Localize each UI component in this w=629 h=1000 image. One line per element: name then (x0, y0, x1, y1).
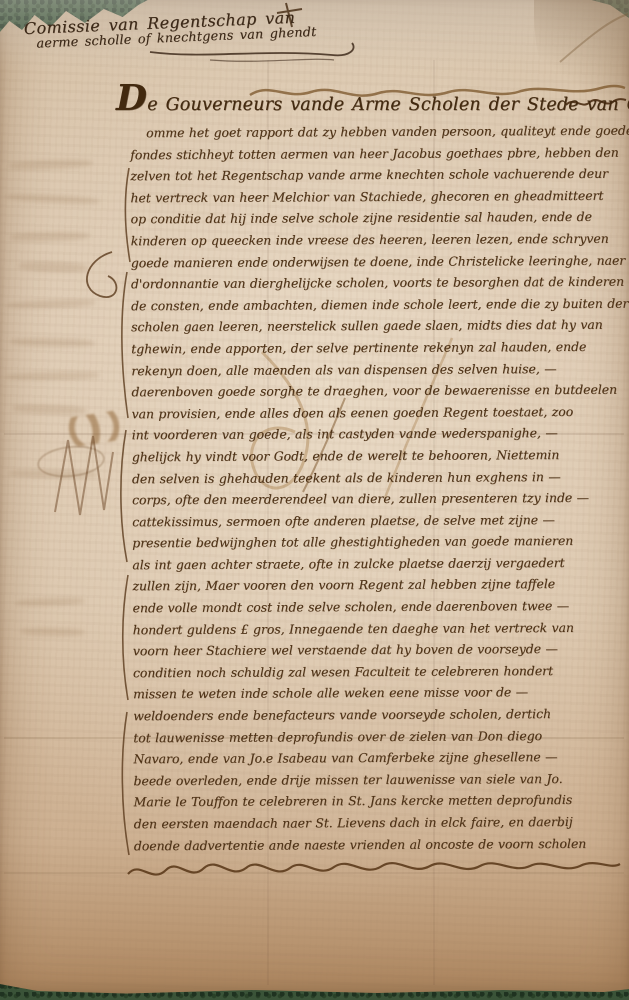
manuscript-line: beede overleden, ende drije missen ter l… (133, 768, 625, 792)
manuscript-line: kinderen op queecken inde vreese des hee… (131, 228, 623, 252)
manuscript-line: d'ordonnantie van dierghelijcke scholen,… (131, 271, 623, 295)
manuscript-line: Navaro, ende van Jo.e Isabeau van Camfer… (133, 746, 625, 770)
manuscript-line: omme het goet rapport dat zy hebben vand… (130, 120, 622, 144)
annotation-underline-flourish (210, 59, 334, 61)
scan-background: Comissie van Regentschap van aerme schol… (0, 0, 629, 1000)
manuscript-line: als int gaen achter straete, ofte in zul… (132, 552, 624, 576)
manuscript-line: de consten, ende ambachten, diemen inde … (131, 292, 623, 316)
margin-bracket-stroke (121, 430, 127, 562)
document-heading: De Gouverneurs vande Arme Scholen der St… (116, 86, 621, 115)
manuscript-line: scholen gaen leeren, neerstelick sullen … (131, 314, 623, 338)
manuscript-line: int voorderen van goede, als int castyde… (132, 422, 624, 446)
margin-bracket-stroke (122, 712, 129, 855)
manuscript-line: weldoenders ende benefacteurs vande voor… (133, 703, 625, 727)
manuscript-body: omme het goet rapport dat zy hebben vand… (130, 120, 626, 857)
manuscript-line: ende volle mondt cost inde selve scholen… (133, 595, 625, 619)
corner-fold-line (560, 14, 628, 62)
margin-zigzag-mark (55, 436, 113, 515)
manuscript-line: voorn heer Stachiere wel verstaende dat … (133, 638, 625, 662)
initial-swash (87, 252, 116, 297)
manuscript-line: goede manieren ende onderwijsen te doene… (131, 249, 623, 273)
manuscript-line: fondes stichheyt totten aermen van heer … (130, 141, 622, 165)
manuscript-line: op conditie dat hij inde selve schole zi… (131, 206, 623, 230)
manuscript-line: zullen zijn, Maer vooren den voorn Regen… (132, 573, 624, 597)
manuscript-line: presentie bedwijnghen tot alle ghestight… (132, 530, 624, 554)
manuscript-line: hondert guldens £ gros, Innegaende ten d… (133, 616, 625, 640)
manuscript-line: doende dadvertentie ande naeste vrienden… (134, 832, 626, 856)
manuscript-line: Marie le Touffon te celebreren in St. Ja… (134, 789, 626, 813)
closing-squiggle (128, 863, 620, 874)
manuscript-line: van provisien, ende alles doen als eenen… (132, 400, 624, 424)
margin-bracket-stroke (122, 272, 128, 418)
manuscript-line: den eersten maendach naer St. Lievens da… (134, 811, 626, 835)
manuscript-line: rekenyn doen, alle maenden als van dispe… (131, 357, 623, 381)
manuscript-line: missen te weten inde schole alle weken e… (133, 681, 625, 705)
manuscript-line: daerenboven goede sorghe te draeghen, vo… (131, 379, 623, 403)
manuscript-line: corps, ofte den meerderendeel van diere,… (132, 487, 624, 511)
margin-bracket-stroke (123, 575, 128, 700)
manuscript-line: ghelijck hy vindt voor Godt, ende de wer… (132, 444, 624, 468)
manuscript-line: den selven is ghehauden teekent als de k… (132, 465, 624, 489)
manuscript-line: tot lauwenisse metten deprofundis over d… (133, 724, 625, 748)
manuscript-line: het vertreck van heer Melchior van Stach… (130, 184, 622, 208)
manuscript-line: conditien noch schuldig zal wesen Facult… (133, 660, 625, 684)
manuscript-line: tghewin, ende apporten, der selve pertin… (131, 336, 623, 360)
manuscript-line: zelven tot het Regentschap vande arme kn… (130, 163, 622, 187)
margin-bracket-stroke (125, 168, 130, 262)
manuscript-line: cattekissimus, sermoen ofte anderen plae… (132, 508, 624, 532)
